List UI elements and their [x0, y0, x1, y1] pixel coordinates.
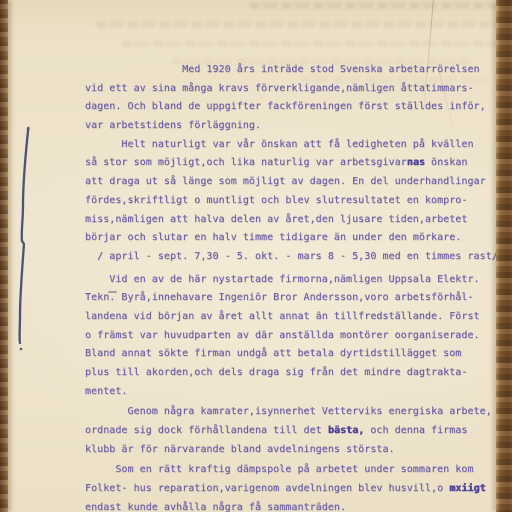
typewritten-text: Med 1920 års inträde stod Svenska arbeta… — [85, 61, 505, 512]
text-line: endast kunde avhålla några få sammanträd… — [85, 499, 505, 512]
ink-dot — [20, 348, 23, 351]
text-line: att draga ut så länge som möjligt av dag… — [85, 173, 505, 192]
bleed-through-text — [96, 21, 502, 28]
text-line: landena vid början av året allt annat än… — [85, 308, 505, 327]
overstruck-text: nas — [407, 157, 425, 168]
text-line: ordnade sig dock förhållandena till det … — [85, 422, 505, 441]
text-line: Genom några kamrater,isynnerhet Vettervi… — [85, 403, 505, 422]
text-line: plus till akorden,och dels draga sig frå… — [85, 364, 505, 383]
text-line: dagen. Och bland de uppgifter fackföreni… — [85, 98, 505, 117]
text-line: var arbetstidens förläggning. — [85, 117, 505, 136]
binding-edge-right — [496, 0, 512, 512]
text-line: fördes,skriftligt o muntligt och blev sl… — [85, 192, 505, 211]
text-line: mentet. — [85, 383, 505, 402]
text-line: börjar och slutar en halv timme tidigare… — [85, 229, 505, 248]
bleed-through-text — [122, 40, 498, 47]
text-line: Bland annat sökte firman undgå att betal… — [85, 345, 505, 364]
text-line: o främst var huvudparten av där anställd… — [85, 327, 505, 346]
text-line: vid ett av sina många kravs förverkligan… — [85, 80, 505, 99]
text-line: / april - sept. 7,30 - 5. okt. - mars 8 … — [85, 248, 505, 267]
text-line: Folket- hus reparation,varigenom avdelni… — [85, 480, 505, 499]
overstruck-text: mxiigt — [449, 483, 485, 494]
binding-edge-left — [0, 0, 8, 512]
text-line: Vid en av de här nystartade firmorna,näm… — [85, 271, 505, 290]
text-line: miss,nämligen att halva delen av året,de… — [85, 211, 505, 230]
overstruck-text: bästa, — [328, 425, 364, 436]
text-line: Med 1920 års inträde stod Svenska arbeta… — [85, 61, 505, 80]
bleed-through-text — [250, 2, 504, 9]
text-line: Som en rätt kraftig dämpspole på arbetet… — [85, 461, 505, 480]
text-line: så stor som möjligt,och lika naturlig va… — [85, 154, 505, 173]
text-line: Helt naturligt var vår önskan att få led… — [85, 136, 505, 155]
scanned-page: Med 1920 års inträde stod Svenska arbeta… — [0, 0, 512, 512]
margin-pen-stroke — [8, 120, 50, 360]
text-line: klubb är för närvarande bland avdelninge… — [85, 441, 505, 460]
text-line: Tekn. Byrå,innehavare Ingeniör Bror Ande… — [85, 289, 505, 308]
